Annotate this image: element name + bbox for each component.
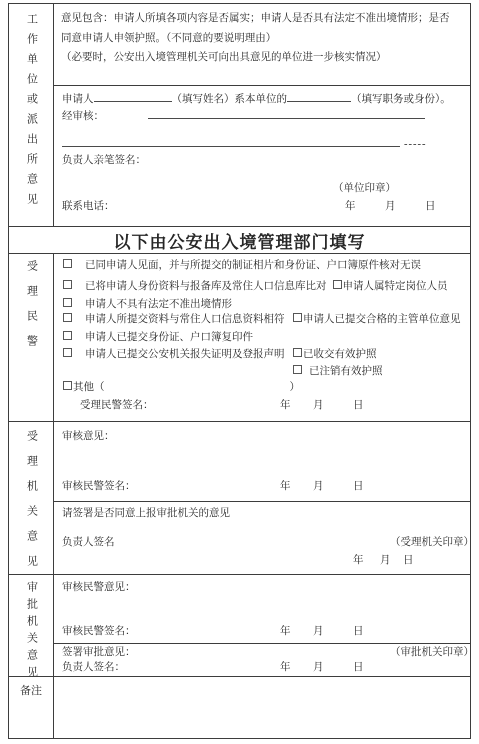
- review-opinion-label: 审核意见：: [62, 430, 115, 445]
- applicant-identity-line: 申请人（填写姓名）系本单位的（填写职务或身份）。: [62, 90, 451, 105]
- remarks-body[interactable]: [54, 677, 470, 738]
- date-year-label: 年: [280, 480, 291, 495]
- approve-sign-opinion-label: 签署审批意见：: [62, 646, 136, 661]
- date-year-label: 年: [280, 399, 291, 414]
- notice-line-1: 意见包含：申请人所填各项内容是否属实；申请人是否具有法定不准出境情形；是否: [61, 9, 464, 29]
- date-day-label: 日: [353, 399, 364, 414]
- opinion-notice: 意见包含：申请人所填各项内容是否属实；申请人是否具有法定不准出境情形；是否 同意…: [54, 4, 470, 86]
- date-day-label: 日: [403, 554, 414, 569]
- applicant-title-blank[interactable]: [287, 90, 351, 102]
- accepting-officer-label: 受理民警: [9, 254, 54, 421]
- review-officer-sign-label: 审核民警签名：: [62, 480, 136, 495]
- check-label: 申请人已提交公安机关报失证明及登报声明: [85, 348, 285, 362]
- applicant-name-blank[interactable]: [94, 90, 172, 102]
- check-label: 申请人不具有法定不准出境情形: [85, 298, 232, 312]
- work-unit-opinion-body: 申请人（填写姓名）系本单位的（填写职务或身份）。 经审核： ----- 负责人亲…: [54, 86, 470, 226]
- review-result-line: 经审核：: [62, 107, 425, 122]
- accepting-authority-seal-note: （受理机关印章）: [390, 536, 470, 551]
- date-day-label: 日: [353, 661, 364, 676]
- police-section-header: 以下由公安出入境管理部门填写: [9, 226, 470, 253]
- check-row-met-applicant: 已同申请人见面，并与所提交的制证相片和身份证、户口簿原件核对无误: [63, 259, 421, 274]
- date-month-label: 月: [380, 554, 391, 569]
- remarks-label: 备注: [20, 677, 42, 738]
- work-unit-section-label-cell: 工作单位或派出所意见: [9, 4, 54, 226]
- approving-authority-seal-note: （审批机关印章）: [390, 646, 470, 661]
- check-label: 申请人属特定岗位人员: [343, 280, 448, 294]
- other-suffix-label: ）: [290, 381, 301, 395]
- date-month-label: 月: [313, 661, 324, 676]
- date-month-label: 月: [385, 200, 396, 215]
- notice-line-2: 同意申请人申领护照。（不同意的要说明理由）: [61, 29, 464, 49]
- accepting-authority-review: 审核意见： 审核民警签名： 年 月 日: [54, 422, 470, 502]
- applicant-mid-label: （填写姓名）系本单位的: [172, 94, 288, 105]
- accepting-officer-section: 受理民警 已同申请人见面，并与所提交的制证相片和身份证、户口簿原件核对无误 已将…: [9, 253, 470, 421]
- date-month-label: 月: [313, 480, 324, 495]
- approving-authority-decision: 签署审批意见： （审批机关印章） 负责人签名： 年 月 日: [54, 644, 470, 676]
- review-blank[interactable]: [148, 107, 425, 119]
- checkbox-special-position[interactable]: [333, 280, 342, 289]
- accepting-authority-decision: 请签署是否同意上报审批机关的意见 负责人签名 （受理机关印章） 年 月 日: [54, 502, 470, 574]
- check-row-loss-report: 申请人已提交公安机关报失证明及登报声明: [63, 348, 285, 363]
- head-signature-label: 负责人亲笔签名：: [62, 154, 146, 169]
- approving-authority-section: 审批机关意见 审核民警意见： 审核民警签名： 年 月 日 签署审批意见： （审批…: [9, 574, 470, 676]
- date-month-label: 月: [313, 399, 324, 414]
- approve-opinion-label: 审核民警意见：: [62, 581, 136, 596]
- review-continuation-line: -----: [62, 135, 426, 150]
- checkbox-passport-cancelled[interactable]: [293, 365, 302, 374]
- approve-head-sign-label: 负责人签名：: [62, 661, 125, 676]
- approving-authority-label: 审批机关意见: [9, 575, 54, 676]
- check-label: 已同申请人见面，并与所提交的制证相片和身份证、户口簿原件核对无误: [85, 259, 421, 273]
- date-day-label: 日: [425, 200, 436, 215]
- checkbox-other[interactable]: [63, 381, 72, 390]
- checkbox-passport-collected[interactable]: [293, 348, 302, 357]
- check-label: 申请人已提交身份证、户口簿复印件: [85, 331, 253, 345]
- checkbox-no-exit-ban[interactable]: [63, 298, 72, 307]
- phone-label: 联系电话：: [62, 200, 115, 215]
- check-row-supervisor-opinion: 申请人已提交合格的主管单位意见: [293, 313, 461, 328]
- review-blank-2[interactable]: [62, 135, 400, 147]
- remarks-label-cell: 备注: [9, 677, 54, 738]
- date-year-label: 年: [280, 625, 291, 640]
- check-label: 已将申请人身份资料与报备库及常住人口信息库比对: [85, 280, 327, 294]
- notice-line-3: （必要时，公安出入境管理机关可向出具意见的单位进一步核实情况）: [61, 48, 464, 68]
- applicant-suffix-label: （填写职务或身份）。: [351, 94, 451, 105]
- checkbox-supervisor-opinion[interactable]: [293, 313, 302, 322]
- approving-authority-review: 审核民警意见： 审核民警签名： 年 月 日: [54, 575, 470, 644]
- report-note-label: 请签署是否同意上报审批机关的意见: [62, 507, 230, 522]
- accepting-officer-body: 已同申请人见面，并与所提交的制证相片和身份证、户口簿原件核对无误 已将申请人身份…: [54, 254, 470, 421]
- date-year-label: 年: [353, 554, 364, 569]
- checkbox-materials-match[interactable]: [63, 313, 72, 322]
- check-row-other: 其他（ ）: [63, 381, 300, 396]
- review-label: 经审核：: [62, 111, 104, 122]
- exit-entry-approval-form: 工作单位或派出所意见 意见包含：申请人所填各项内容是否属实；申请人是否具有法定不…: [8, 3, 471, 739]
- check-row-materials-match: 申请人所提交资料与常住人口信息资料相符: [63, 313, 285, 328]
- date-year-label: 年: [280, 661, 291, 676]
- check-label: 已收交有效护照: [303, 348, 377, 362]
- approve-officer-sign-label: 审核民警签名：: [62, 625, 136, 640]
- check-label: 已注销有效护照: [309, 365, 383, 379]
- accepting-officer-label-cell: 受理民警: [9, 254, 54, 421]
- work-unit-section-label: 工作单位或派出所意见: [9, 4, 54, 226]
- applicant-prefix-label: 申请人: [62, 94, 94, 105]
- accepting-authority-label: 受理机关意见: [9, 422, 54, 574]
- checkbox-database-compare[interactable]: [63, 280, 72, 289]
- accepting-authority-section: 受理机关意见 审核意见： 审核民警签名： 年 月 日 请签署是否同意上报审批机关…: [9, 421, 470, 574]
- date-month-label: 月: [313, 625, 324, 640]
- checkbox-met-applicant[interactable]: [63, 259, 72, 268]
- check-row-no-exit-ban: 申请人不具有法定不准出境情形: [63, 298, 232, 313]
- other-prefix-label: 其他（: [73, 381, 105, 395]
- approving-authority-label-cell: 审批机关意见: [9, 575, 54, 676]
- trailing-dashes: -----: [404, 139, 426, 150]
- police-section-header-title: 以下由公安出入境管理部门填写: [114, 228, 366, 253]
- work-unit-section: 工作单位或派出所意见 意见包含：申请人所填各项内容是否属实；申请人是否具有法定不…: [9, 4, 470, 226]
- accepting-authority-label-cell: 受理机关意见: [9, 422, 54, 574]
- check-row-passport-cancelled: 已注销有效护照: [293, 365, 383, 380]
- check-label: 申请人所提交资料与常住人口信息资料相符: [85, 313, 285, 327]
- checkbox-loss-report[interactable]: [63, 348, 72, 357]
- check-row-id-copies: 申请人已提交身份证、户口簿复印件: [63, 331, 253, 346]
- remarks-section: 备注: [9, 676, 470, 738]
- unit-seal-note: （单位印章）: [333, 182, 396, 197]
- check-row-passport-collected: 已收交有效护照: [293, 348, 377, 363]
- head-sign-label: 负责人签名: [62, 536, 115, 551]
- date-year-label: 年: [345, 200, 356, 215]
- officer-sign-label: 受理民警签名：: [80, 399, 154, 414]
- check-row-database-compare: 已将申请人身份资料与报备库及常住人口信息库比对 申请人属特定岗位人员: [63, 280, 448, 295]
- date-day-label: 日: [353, 480, 364, 495]
- date-day-label: 日: [353, 625, 364, 640]
- check-label: 申请人已提交合格的主管单位意见: [303, 313, 461, 327]
- checkbox-id-copies[interactable]: [63, 331, 72, 340]
